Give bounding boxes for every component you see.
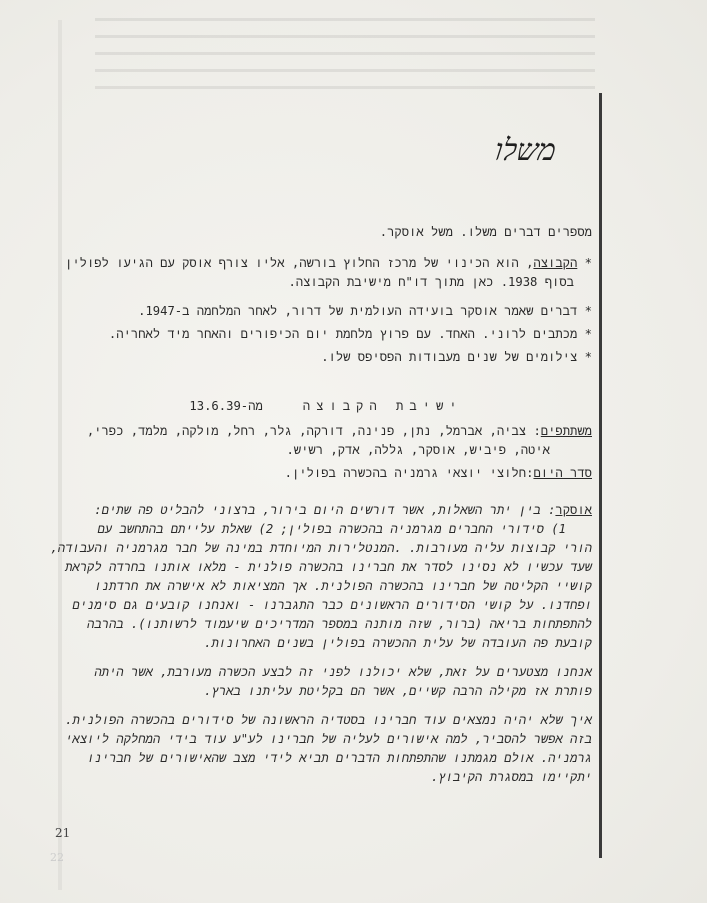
meeting-date: מה-13.6.39: [189, 399, 262, 413]
note-photos: * צילומים של שנים מעבודות הפסיפס שלו.: [60, 348, 592, 367]
meeting-title: ישיבת הקבוצה: [303, 399, 463, 413]
note-text: , הוא הכינוי של מרכז החלוץ בורשה, אליו צ…: [65, 256, 533, 270]
speech-line: קובעת פה העובדה של עלית ההכשרה בפולין בש…: [60, 634, 592, 653]
bullet-marker: *: [585, 256, 592, 270]
note-text: צילומים של שנים מעבודות הפסיפס שלו.: [321, 350, 577, 364]
speech-paragraph-1: אוסקר: בין יתר השאלות, אשר דורשים היום ב…: [60, 501, 592, 653]
agenda: סדר היום:חלוצי יוצאי גרמניה בהכשרה בפולי…: [60, 464, 592, 483]
note-letters: * מכתבים לרוני. האחד. עם פרוץ מלחמת יום …: [60, 325, 592, 344]
agenda-label: סדר היום: [533, 466, 592, 480]
speech-line: קושיי הקליטה של חברינו בהכשרה הפולנית. א…: [60, 577, 592, 596]
meeting-heading: ישיבת הקבוצה מה-13.6.39: [60, 397, 592, 416]
bleed-through-text: [95, 12, 595, 97]
speech-line: : בין יתר השאלות, אשר דורשים היום בירור,…: [94, 503, 555, 517]
document-page: משלו מספרים דברים משלו. משל אוסקר. * הקב…: [0, 0, 707, 903]
handwritten-title: משלו: [493, 133, 559, 168]
speech-line: להתפתחות בריאה (ברור, שזה מותנה במספר המ…: [60, 615, 592, 634]
participants: משתתפים: צביה, אברמל, נתן, פנינה, דורקה,…: [60, 422, 592, 460]
speech-paragraph-2: אנחנו מצטערים על זאת, שלא יכולנו לפני זה…: [60, 663, 592, 701]
speech-line: יתקיימו במסגרת הקיבוץ.: [60, 768, 592, 787]
agenda-text: :חלוצי יוצאי גרמניה בהכשרה בפולין.: [285, 466, 534, 480]
speech-line: הורי קבוצות עליה מעורבות. .המנטלירות המי…: [60, 539, 592, 558]
speech-line: אנחנו מצטערים על זאת, שלא יכולנו לפני זה…: [60, 663, 592, 682]
bullet-marker: *: [585, 304, 592, 318]
document-body: מספרים דברים משלו. משל אוסקר. * הקבוצה, …: [60, 223, 592, 787]
speech-line: ופחדנו. על קושי הסידורים הראשונים כבר הת…: [60, 596, 592, 615]
vertical-margin-rule: [599, 93, 602, 858]
participants-label: משתתפים: [541, 424, 592, 438]
speech-line: איך שלא יהיה נמצאים עוד חברינו בסטדיה הר…: [60, 711, 592, 730]
participants-list: איטה, פיביש, אוסקר, גללה, אדק, רשיש.: [60, 441, 592, 460]
speech-line: פותרת אז מקילה הרבה קשיים, אשר הם בקליטת…: [60, 682, 592, 701]
speaker-name: אוסקר: [555, 503, 592, 517]
speech-line: בזה אפשר להסביר, למה אישורים לעליה של חב…: [60, 730, 592, 749]
bullet-marker: *: [585, 350, 592, 364]
bullet-marker: *: [585, 327, 592, 341]
intro-line: מספרים דברים משלו. משל אוסקר.: [60, 223, 592, 242]
page-number: 21: [55, 826, 70, 840]
note-text: מכתבים לרוני. האחד. עם פרוץ מלחמת יום הכ…: [109, 327, 577, 341]
note-conference: * דברים שאמר אוסקר בועידה העולמית של דרו…: [60, 302, 592, 321]
note-text: דברים שאמר אוסקר בועידה העולמית של דרור,…: [138, 304, 577, 318]
speech-line: גרמניה. אולם מגמתנו שהתפתחות הדברים תביא…: [60, 749, 592, 768]
note-text: בסוף 1938. כאן מתוך דו"ח מישיבת הקבוצה.: [60, 273, 592, 292]
speech-line: 1) סידורי החברים מגרמניה בהכשרה בפולין; …: [60, 520, 592, 539]
participants-list: : צביה, אברמל, נתן, פנינה, דורקה, גלר, ר…: [87, 424, 541, 438]
page-number-bleed: 22: [50, 851, 64, 864]
speech-line: שעד עכשיו לא נסינו לסדר את חברינו בהכשרה…: [60, 558, 592, 577]
note-kvutza: * הקבוצה, הוא הכינוי של מרכז החלוץ בורשה…: [60, 254, 592, 292]
speech-paragraph-3: איך שלא יהיה נמצאים עוד חברינו בסטדיה הר…: [60, 711, 592, 787]
underlined-term: הקבוצה: [533, 256, 577, 270]
